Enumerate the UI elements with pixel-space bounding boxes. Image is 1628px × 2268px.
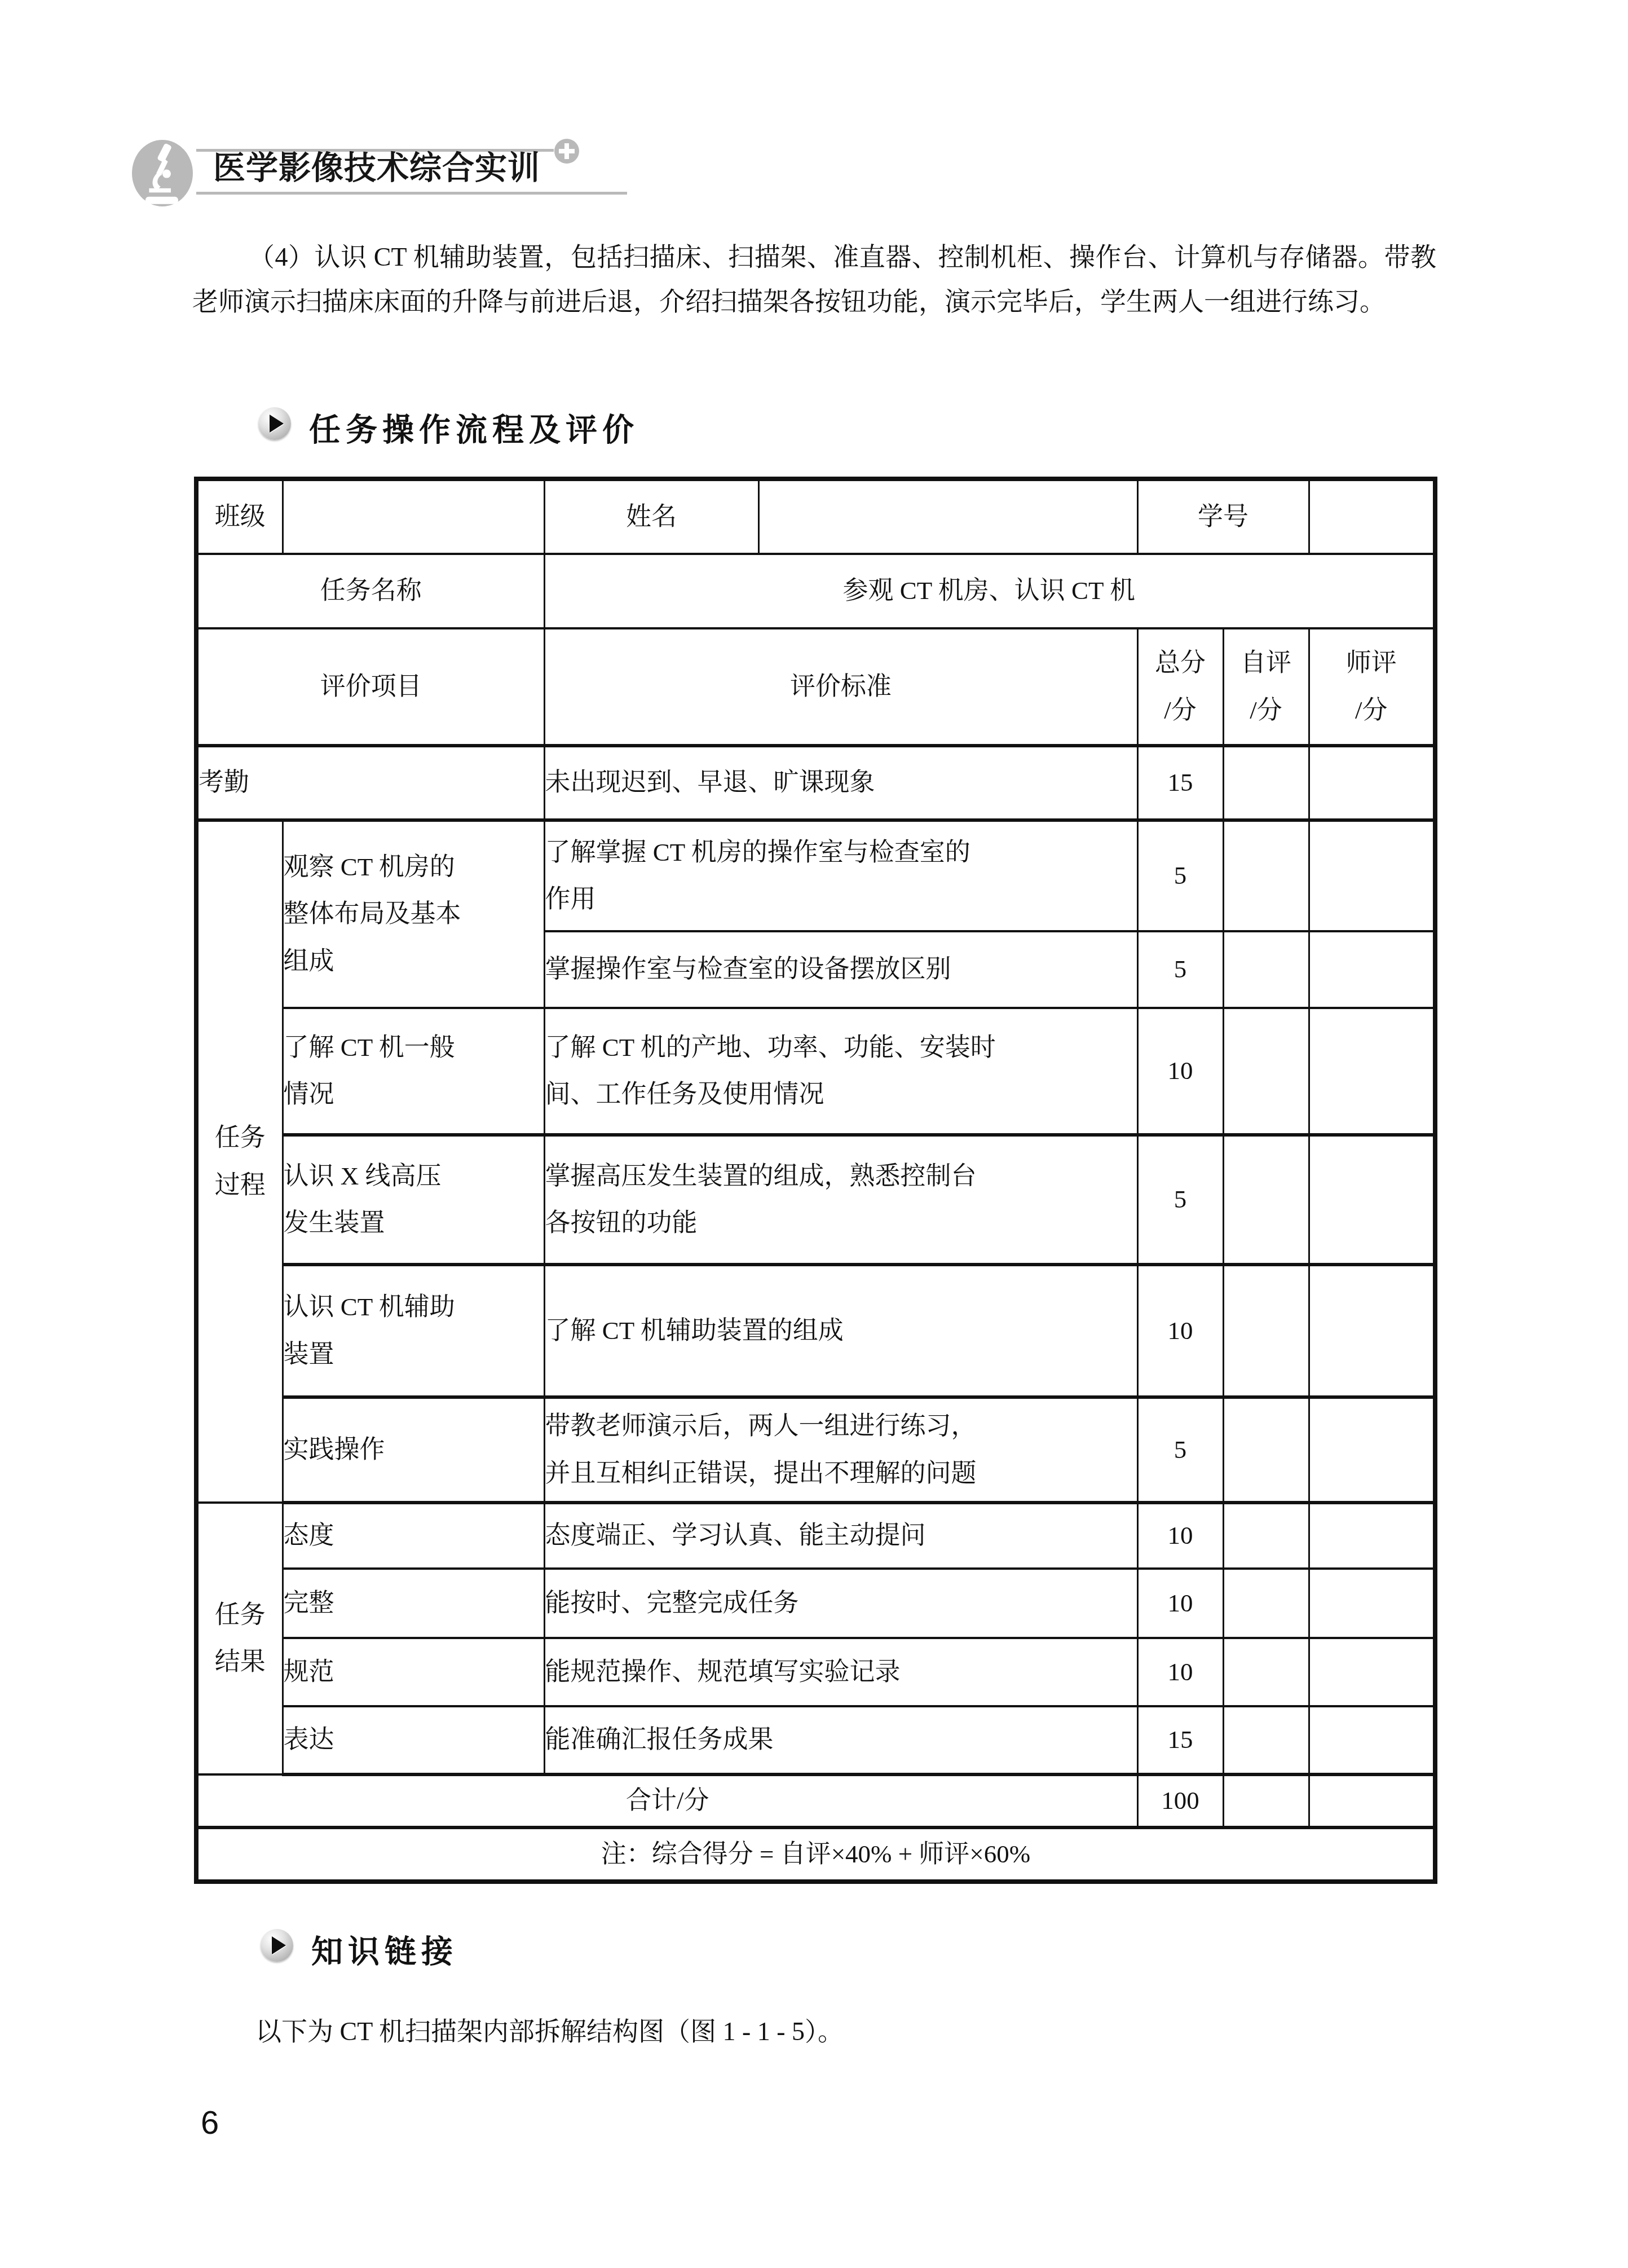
process-score-cell: 5 — [1137, 1397, 1223, 1503]
group-label-process: 任务 过程 — [196, 820, 283, 1503]
process-teacher-cell — [1309, 1008, 1435, 1135]
process-teacher-cell — [1309, 820, 1435, 931]
process-self-cell — [1223, 820, 1309, 931]
table-row-result-4: 表达 能准确汇报任务成果 15 — [196, 1706, 1435, 1774]
section-title: 任务操作流程及评价 — [309, 405, 639, 450]
attendance-score-cell: 15 — [1137, 746, 1223, 820]
name-value-cell — [758, 479, 1137, 554]
process-criteria-cell: 了解 CT 机的产地、功率、功能、安装时 间、工作任务及使用情况 — [544, 1008, 1137, 1135]
group-label-result: 任务 结果 — [196, 1503, 283, 1774]
result-criteria-cell: 能规范操作、规范填写实验记录 — [544, 1638, 1137, 1706]
process-item-cell: 观察 CT 机房的 整体布局及基本 组成 — [283, 820, 544, 1008]
process-item-cell: 实践操作 — [283, 1397, 544, 1503]
result-self-cell — [1223, 1706, 1309, 1774]
total-label-cell: 合计/分 — [196, 1774, 1137, 1827]
intro-paragraph: （4）认识 CT 机辅助装置，包括扫描床、扫描架、准直器、控制机柜、操作台、计算… — [192, 235, 1436, 324]
result-criteria-cell: 能准确汇报任务成果 — [544, 1706, 1137, 1774]
table-row-result-1: 任务 结果 态度 态度端正、学习认真、能主动提问 10 — [196, 1503, 1435, 1569]
table-row-result-2: 完整 能按时、完整完成任务 10 — [196, 1569, 1435, 1638]
table-row-task-name: 任务名称 参观 CT 机房、认识 CT 机 — [196, 554, 1435, 628]
table-row-process-5: 认识 CT 机辅助 装置 了解 CT 机辅助装置的组成 10 — [196, 1265, 1435, 1397]
process-teacher-cell — [1309, 1265, 1435, 1397]
process-criteria-cell: 掌握高压发生装置的组成，熟悉控制台 各按钮的功能 — [544, 1135, 1137, 1265]
result-teacher-cell — [1309, 1503, 1435, 1569]
class-value-cell — [283, 479, 544, 554]
col-header-total: 总分 /分 — [1137, 628, 1223, 746]
result-teacher-cell — [1309, 1569, 1435, 1638]
result-criteria-cell: 能按时、完整完成任务 — [544, 1569, 1137, 1638]
process-self-cell — [1223, 1008, 1309, 1135]
process-criteria-cell: 带教老师演示后，两人一组进行练习， 并且互相纠正错误，提出不理解的问题 — [544, 1397, 1137, 1503]
col-header-item: 评价项目 — [196, 628, 544, 746]
table-row-process-6: 实践操作 带教老师演示后，两人一组进行练习， 并且互相纠正错误，提出不理解的问题… — [196, 1397, 1435, 1503]
name-label-cell: 姓名 — [544, 479, 758, 554]
process-score-cell: 10 — [1137, 1008, 1223, 1135]
page-number: 6 — [201, 2104, 219, 2142]
task-name-value-cell: 参观 CT 机房、认识 CT 机 — [544, 554, 1435, 628]
result-score-cell: 15 — [1137, 1706, 1223, 1774]
result-self-cell — [1223, 1503, 1309, 1569]
attendance-self-cell — [1223, 746, 1309, 820]
col-header-teacher: 师评 /分 — [1309, 628, 1435, 746]
table-row-process-3: 了解 CT 机一般 情况 了解 CT 机的产地、功率、功能、安装时 间、工作任务… — [196, 1008, 1435, 1135]
process-teacher-cell — [1309, 931, 1435, 1008]
header-rule-bottom — [196, 192, 627, 195]
table-row-process-4: 认识 X 线高压 发生装置 掌握高压发生装置的组成，熟悉控制台 各按钮的功能 5 — [196, 1135, 1435, 1265]
brand-title: 医学影像技术综合实训 — [213, 150, 540, 186]
attendance-criteria-cell: 未出现迟到、早退、旷课现象 — [544, 746, 1137, 820]
process-score-cell: 5 — [1137, 820, 1223, 931]
total-self-cell — [1223, 1774, 1309, 1827]
result-teacher-cell — [1309, 1706, 1435, 1774]
medical-plus-icon — [554, 139, 579, 164]
result-item-cell: 态度 — [283, 1503, 544, 1569]
play-icon — [261, 1929, 293, 1962]
total-score-cell: 100 — [1137, 1774, 1223, 1827]
process-criteria-cell: 掌握操作室与检查室的设备摆放区别 — [544, 931, 1137, 1008]
process-teacher-cell — [1309, 1397, 1435, 1503]
process-item-cell: 认识 CT 机辅助 装置 — [283, 1265, 544, 1397]
section-title: 知识链接 — [311, 1927, 458, 1972]
table-row-attendance: 考勤 未出现迟到、早退、旷课现象 15 — [196, 746, 1435, 820]
scanned-textbook-page: { "colors": { "accent_gray": "#b9b9b9", … — [0, 0, 1628, 2268]
process-item-cell: 了解 CT 机一般 情况 — [283, 1008, 544, 1135]
class-label-cell: 班级 — [196, 479, 283, 554]
process-self-cell — [1223, 1397, 1309, 1503]
result-criteria-cell: 态度端正、学习认真、能主动提问 — [544, 1503, 1137, 1569]
microscope-icon — [132, 140, 193, 206]
result-score-cell: 10 — [1137, 1638, 1223, 1706]
table-row-result-3: 规范 能规范操作、规范填写实验记录 10 — [196, 1638, 1435, 1706]
total-teacher-cell — [1309, 1774, 1435, 1827]
result-score-cell: 10 — [1137, 1569, 1223, 1638]
table-row-total: 合计/分 100 — [196, 1774, 1435, 1827]
task-name-label-cell: 任务名称 — [196, 554, 544, 628]
attendance-item-cell: 考勤 — [196, 746, 544, 820]
attendance-teacher-cell — [1309, 746, 1435, 820]
student-id-value-cell — [1309, 479, 1435, 554]
result-item-cell: 表达 — [283, 1706, 544, 1774]
process-score-cell: 5 — [1137, 1135, 1223, 1265]
process-self-cell — [1223, 1135, 1309, 1265]
table-row-process-1: 任务 过程 观察 CT 机房的 整体布局及基本 组成 了解掌握 CT 机房的操作… — [196, 820, 1435, 931]
student-id-label-cell: 学号 — [1137, 479, 1309, 554]
table-row-note: 注：综合得分 = 自评×40% + 师评×60% — [196, 1827, 1435, 1882]
process-teacher-cell — [1309, 1135, 1435, 1265]
knowledge-link-text: 以下为 CT 机扫描架内部拆解结构图（图 1 - 1 - 5）。 — [192, 2009, 1436, 2054]
process-item-cell: 认识 X 线高压 发生装置 — [283, 1135, 544, 1265]
process-criteria-cell: 了解 CT 机辅助装置的组成 — [544, 1265, 1137, 1397]
process-criteria-cell: 了解掌握 CT 机房的操作室与检查室的 作用 — [544, 820, 1137, 931]
table-row-info: 班级 姓名 学号 — [196, 479, 1435, 554]
evaluation-table: 班级 姓名 学号 任务名称 参观 CT 机房、认识 CT 机 评价项目 评价标准… — [194, 477, 1437, 1884]
result-teacher-cell — [1309, 1638, 1435, 1706]
result-self-cell — [1223, 1569, 1309, 1638]
note-cell: 注：综合得分 = 自评×40% + 师评×60% — [196, 1827, 1435, 1882]
result-item-cell: 完整 — [283, 1569, 544, 1638]
process-score-cell: 5 — [1137, 931, 1223, 1008]
process-self-cell — [1223, 931, 1309, 1008]
result-item-cell: 规范 — [283, 1638, 544, 1706]
process-score-cell: 10 — [1137, 1265, 1223, 1397]
col-header-self: 自评 /分 — [1223, 628, 1309, 746]
col-header-criteria: 评价标准 — [544, 628, 1137, 746]
result-score-cell: 10 — [1137, 1503, 1223, 1569]
process-self-cell — [1223, 1265, 1309, 1397]
result-self-cell — [1223, 1638, 1309, 1706]
table-row-header: 评价项目 评价标准 总分 /分 自评 /分 师评 /分 — [196, 628, 1435, 746]
play-icon — [258, 407, 291, 440]
